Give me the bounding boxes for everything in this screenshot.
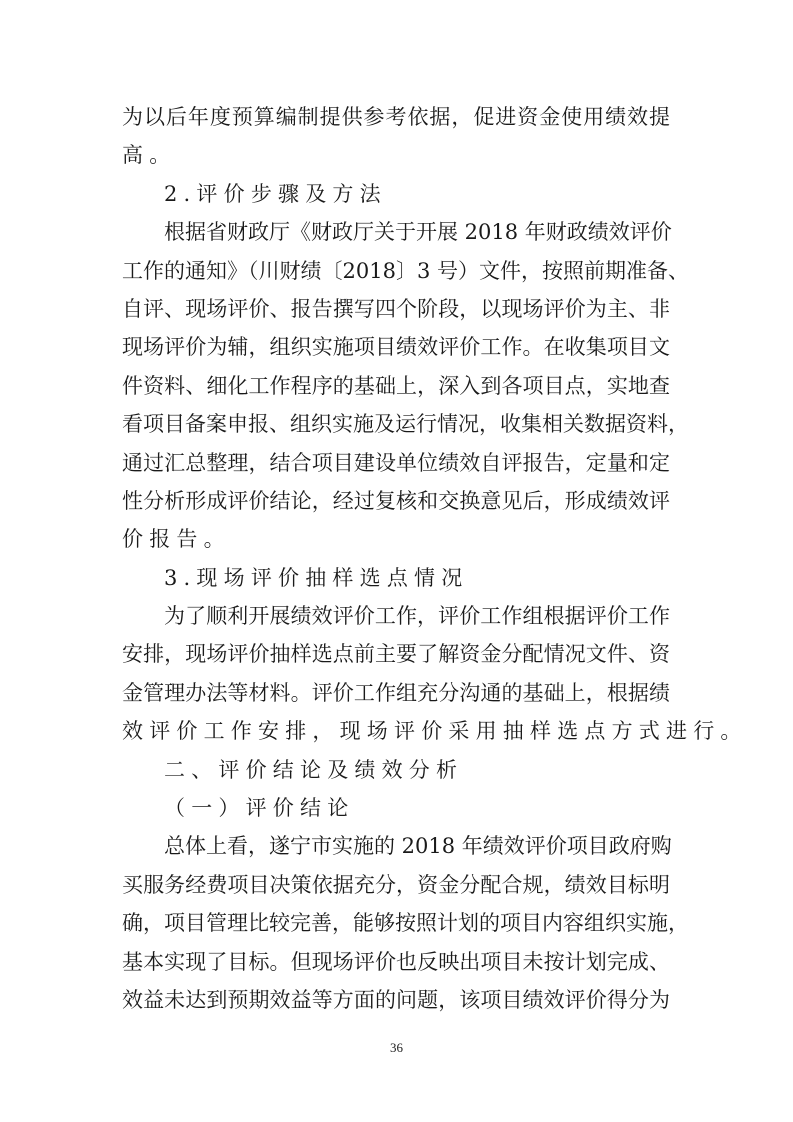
paragraph-line: 高。 bbox=[122, 136, 670, 174]
section-heading: 二、评价结论及绩效分析 bbox=[122, 751, 670, 789]
paragraph-line: 现场评价为辅，组织实施项目绩效评价工作。在收集项目文 bbox=[122, 328, 670, 366]
section-heading: 2.评价步骤及方法 bbox=[122, 175, 670, 213]
page-number: 36 bbox=[0, 1040, 793, 1056]
paragraph-line: 效评价工作安排，现场评价采用抽样选点方式进行。 bbox=[122, 712, 670, 750]
paragraph-line: 金管理办法等材料。评价工作组充分沟通的基础上，根据绩 bbox=[122, 674, 670, 712]
paragraph-line: 安排，现场评价抽样选点前主要了解资金分配情况文件、资 bbox=[122, 635, 670, 673]
paragraph-line: 件资料、细化工作程序的基础上，深入到各项目点，实地查 bbox=[122, 367, 670, 405]
paragraph-line: 看项目备案申报、组织实施及运行情况，收集相关数据资料， bbox=[122, 405, 670, 443]
document-body: 为以后年度预算编制提供参考依据，促进资金使用绩效提 高。 2.评价步骤及方法 根… bbox=[122, 98, 670, 1019]
paragraph-line: 确，项目管理比较完善，能够按照计划的项目内容组织实施， bbox=[122, 904, 670, 942]
paragraph-line: 为以后年度预算编制提供参考依据，促进资金使用绩效提 bbox=[122, 98, 670, 136]
paragraph-line: 总体上看，遂宁市实施的 2018 年绩效评价项目政府购 bbox=[122, 827, 670, 865]
paragraph-line: 根据省财政厅《财政厅关于开展 2018 年财政绩效评价 bbox=[122, 213, 670, 251]
paragraph-line: 自评、现场评价、报告撰写四个阶段，以现场评价为主、非 bbox=[122, 290, 670, 328]
paragraph-line: 价报告。 bbox=[122, 520, 670, 558]
paragraph-line: 性分析形成评价结论，经过复核和交换意见后，形成绩效评 bbox=[122, 482, 670, 520]
paragraph-line: 通过汇总整理，结合项目建设单位绩效自评报告，定量和定 bbox=[122, 444, 670, 482]
paragraph-line: 基本实现了目标。但现场评价也反映出项目未按计划完成、 bbox=[122, 943, 670, 981]
section-heading: 3.现场评价抽样选点情况 bbox=[122, 559, 670, 597]
paragraph-line: 效益未达到预期效益等方面的问题，该项目绩效评价得分为 bbox=[122, 981, 670, 1019]
paragraph-line: 工作的通知》（川财绩〔2018〕3 号）文件，按照前期准备、 bbox=[122, 252, 670, 290]
paragraph-line: 为了顺利开展绩效评价工作，评价工作组根据评价工作 bbox=[122, 597, 670, 635]
subsection-heading: （一）评价结论 bbox=[122, 789, 670, 827]
paragraph-line: 买服务经费项目决策依据充分，资金分配合规，绩效目标明 bbox=[122, 866, 670, 904]
